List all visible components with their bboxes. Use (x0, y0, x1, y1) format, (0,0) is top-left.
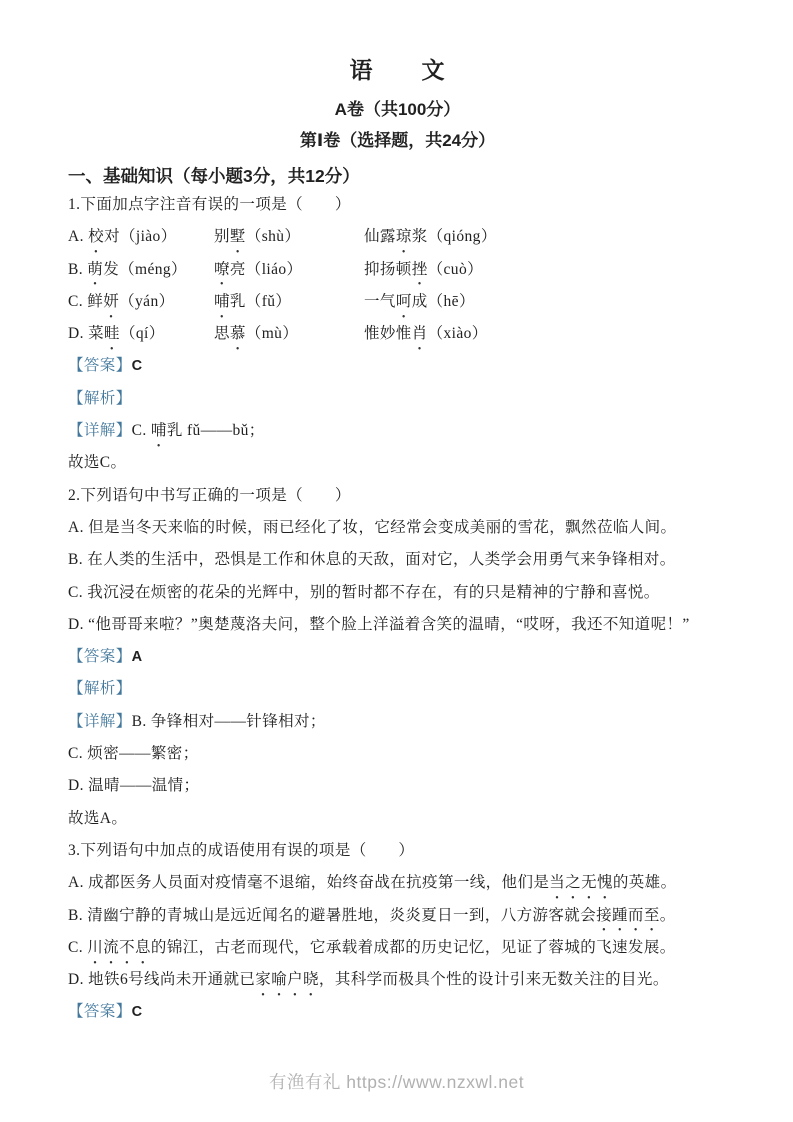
q1-option-d: D. 菜畦（qí） 思慕（mù） 惟妙惟肖（xiào） (68, 318, 727, 350)
q1-option-a: A. 校对（jiào） 别墅（shù） 仙露琼浆（qióng） (68, 221, 727, 253)
q1-answer-line: 【答案】C (68, 350, 727, 382)
q3-option-b: B. 清幽宁静的青城山是远近闻名的避暑胜地，炎炎夏日一到，八方游客就会接踵而至。 (68, 900, 727, 932)
q2-analysis-line: 【解析】 (68, 673, 727, 705)
doc-title: 语 文 (68, 56, 727, 84)
q2-conclusion: 故选A。 (68, 803, 727, 835)
option-cell: B. 萌发（méng） (68, 254, 214, 286)
exam-page: 语 文 A卷（共100分） 第Ⅰ卷（选择题，共24分） 一、基础知识（每小题3分… (0, 0, 793, 1122)
q2-detail-c: C. 烦密——繁密； (68, 738, 727, 770)
option-cell: 惟妙惟肖（xiào） (364, 318, 727, 350)
volume-heading: A卷（共100分） (68, 98, 727, 122)
footer-watermark-text: 有渔有礼 https://www.nzxwl.net (269, 1072, 524, 1092)
q3-option-d: D. 地铁6号线尚未开通就已家喻户晓，其科学而极具个性的设计引来无数关注的目光。 (68, 964, 727, 996)
q2-answer-line: 【答案】A (68, 641, 727, 673)
option-cell: 别墅（shù） (214, 221, 364, 253)
q3-stem: 3.下列语句中加点的成语使用有误的项是（ ） (68, 835, 727, 867)
q3-option-a: A. 成都医务人员面对疫情毫不退缩，始终奋战在抗疫第一线，他们是当之无愧的英雄。 (68, 867, 727, 899)
q1-analysis-line: 【解析】 (68, 383, 727, 415)
option-cell: 抑扬顿挫（cuò） (364, 254, 727, 286)
option-cell: 思慕（mù） (214, 318, 364, 350)
option-cell: 嘹亮（liáo） (214, 254, 364, 286)
q2-option-a: A. 但是当冬天来临的时候，雨已经化了妆，它经常会变成美丽的雪花，飘然莅临人间。 (68, 512, 727, 544)
q3-option-c: C. 川流不息的锦江，古老而现代，它承载着成都的历史记忆，见证了蓉城的飞速发展。 (68, 932, 727, 964)
q2-option-d: D. “他哥哥来啦？”奥楚蔑洛夫问，整个脸上洋溢着含笑的温晴，“哎呀，我还不知道… (68, 609, 727, 641)
q2-stem: 2.下列语句中书写正确的一项是（ ） (68, 480, 727, 512)
q2-detail-d: D. 温晴——温情； (68, 770, 727, 802)
option-cell: 仙露琼浆（qióng） (364, 221, 727, 253)
footer-watermark: 有渔有礼 https://www.nzxwl.net (0, 1069, 793, 1094)
part-heading: 第Ⅰ卷（选择题，共24分） (68, 129, 727, 153)
option-cell: 一气呵成（hē） (364, 286, 727, 318)
option-cell: 哺乳（fǔ） (214, 286, 364, 318)
option-cell: A. 校对（jiào） (68, 221, 214, 253)
option-cell: D. 菜畦（qí） (68, 318, 214, 350)
q1-option-c: C. 鲜妍（yán） 哺乳（fǔ） 一气呵成（hē） (68, 286, 727, 318)
section-heading: 一、基础知识（每小题3分，共12分） (68, 163, 727, 189)
exam-content: 语 文 A卷（共100分） 第Ⅰ卷（选择题，共24分） 一、基础知识（每小题3分… (0, 0, 793, 1029)
q2-detail-line: 【详解】B. 争锋相对——针锋相对； (68, 706, 727, 738)
option-cell: C. 鲜妍（yán） (68, 286, 214, 318)
q2-option-b: B. 在人类的生活中，恐惧是工作和休息的天敌，面对它，人类学会用勇气来争锋相对。 (68, 544, 727, 576)
q1-conclusion: 故选C。 (68, 447, 727, 479)
q3-answer-line: 【答案】C (68, 996, 727, 1028)
q1-stem: 1.下面加点字注音有误的一项是（ ） (68, 189, 727, 221)
q2-option-c: C. 我沉浸在烦密的花朵的光辉中，别的暂时都不存在，有的只是精神的宁静和喜悦。 (68, 577, 727, 609)
q1-option-b: B. 萌发（méng） 嘹亮（liáo） 抑扬顿挫（cuò） (68, 254, 727, 286)
q1-detail-line: 【详解】C. 哺乳 fǔ——bǔ； (68, 415, 727, 447)
